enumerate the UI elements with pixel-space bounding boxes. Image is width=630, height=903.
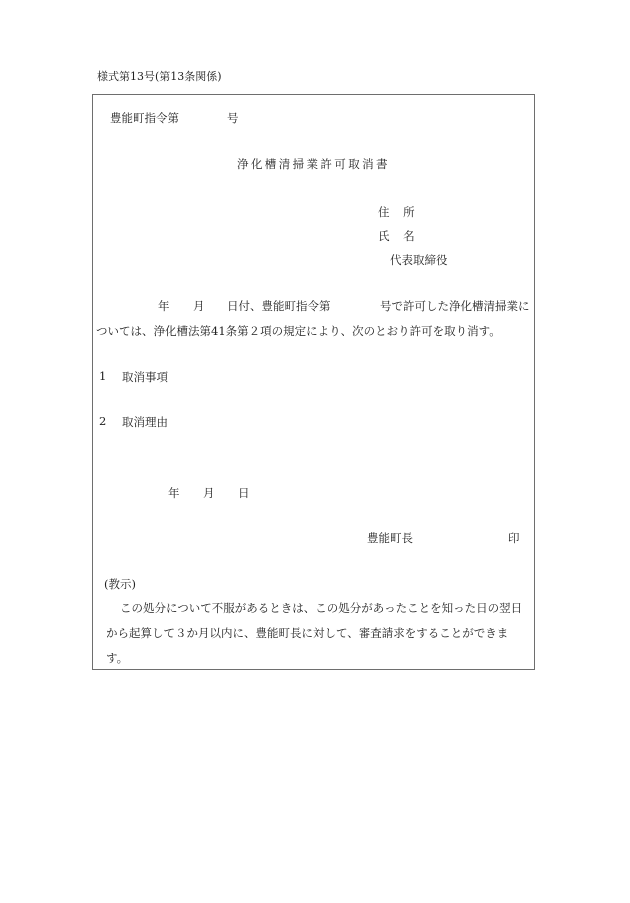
item-1-label: 取消事項 [122, 369, 168, 385]
seal-mark: 印 [508, 530, 520, 546]
document-title: 浄化槽清掃業許可取消書 [237, 156, 390, 172]
item-1-number: 1 [99, 369, 106, 383]
body-text-line-2: ついては、浄化槽法第41条第２項の規定により、次のとおり許可を取り消す。 [96, 323, 501, 339]
address-label-char-1: 住 [378, 205, 390, 219]
body-year: 年 [158, 298, 170, 314]
notice-line-3: す。 [106, 650, 128, 666]
body-text-b: 号で許可した浄化槽清掃業に [380, 298, 530, 314]
representative-label: 代表取締役 [390, 252, 448, 268]
issuer-title: 豊能町長 [367, 530, 413, 546]
name-label-char-1: 氏 [378, 229, 390, 243]
reference-number-suffix: 号 [227, 110, 239, 126]
address-label-char-2: 所 [403, 205, 415, 219]
address-label: 住 所 [378, 204, 415, 220]
reference-number-prefix: 豊能町指令第 [110, 110, 179, 126]
item-2-number: 2 [99, 414, 106, 428]
date-month: 月 [203, 485, 215, 501]
date-year: 年 [168, 485, 180, 501]
name-label: 氏 名 [378, 228, 415, 244]
date-day: 日 [238, 485, 250, 501]
body-month: 月 [193, 298, 205, 314]
body-text-a: 日付、豊能町指令第 [227, 298, 331, 314]
form-label: 様式第13号(第13条関係) [97, 68, 222, 84]
notice-line-1: この処分について不服があるときは、この処分があったことを知った日の翌日 [120, 600, 522, 616]
notice-line-2: から起算して３か月以内に、豊能町長に対して、審査請求をすることができま [106, 625, 508, 641]
notice-heading: (教示) [104, 576, 136, 592]
name-label-char-2: 名 [403, 229, 415, 243]
item-2-label: 取消理由 [122, 414, 168, 430]
